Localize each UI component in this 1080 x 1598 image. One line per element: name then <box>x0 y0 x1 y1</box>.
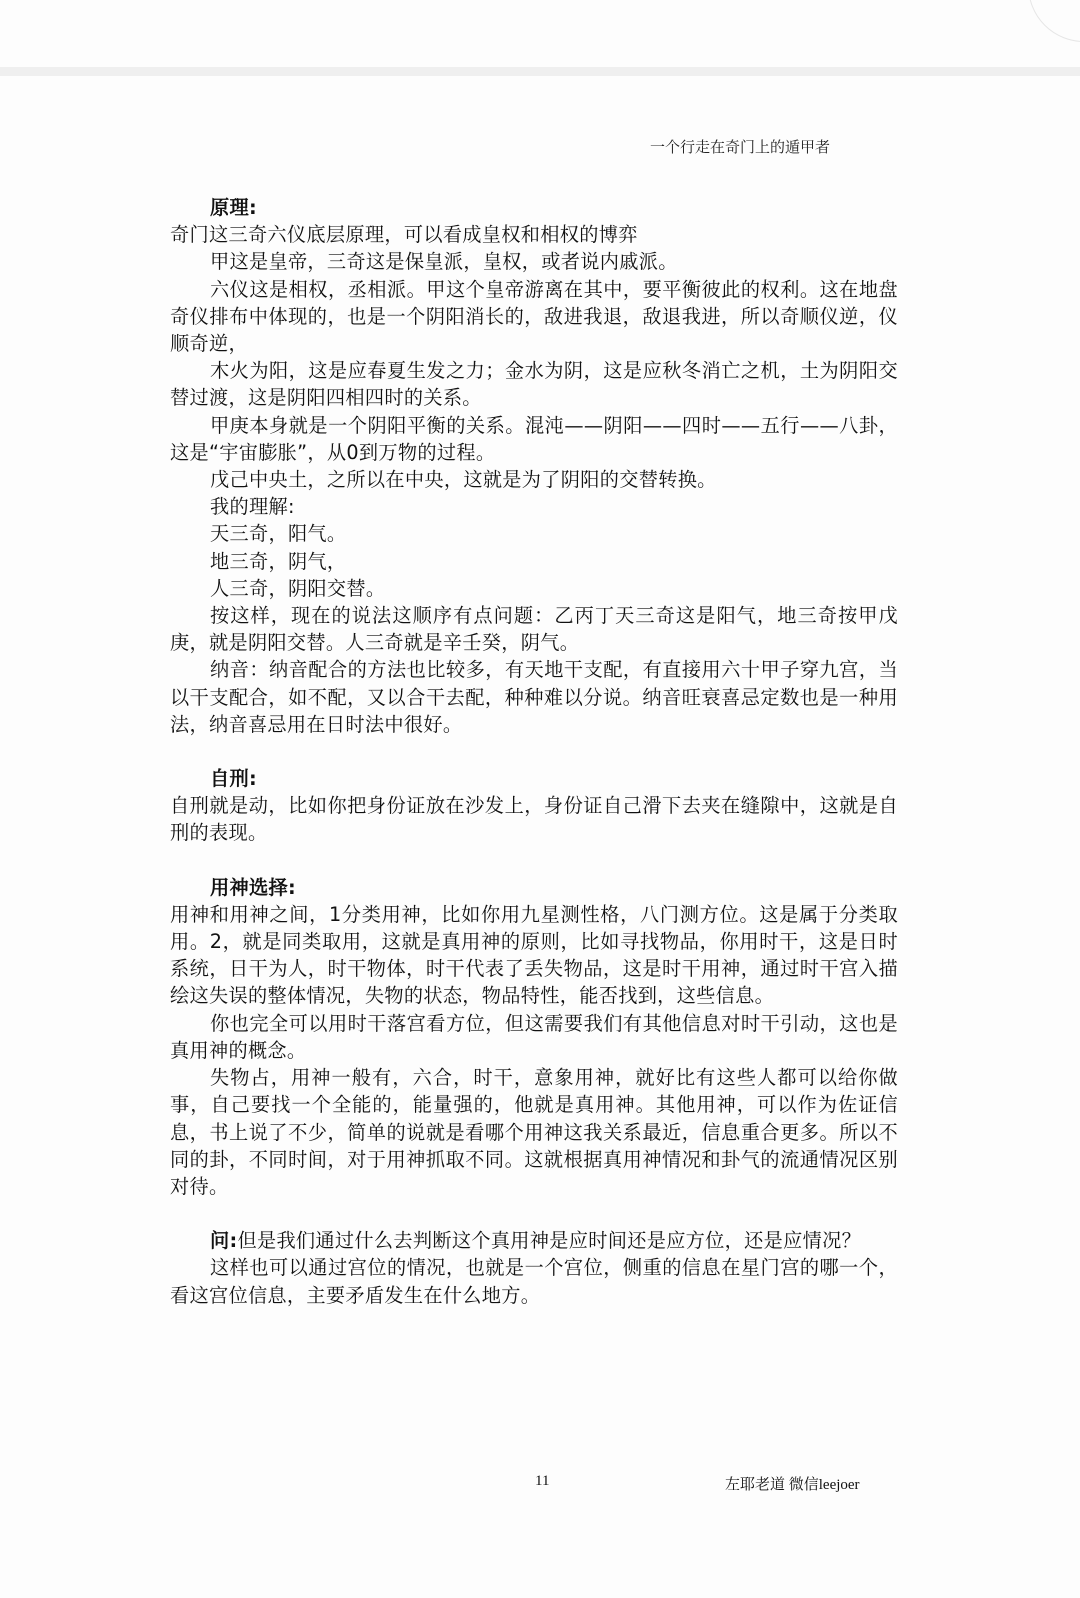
corner-arc-decoration <box>1028 0 1080 42</box>
paragraph: 奇门这三奇六仪底层原理，可以看成皇权和相权的博弈 <box>170 221 898 248</box>
section-heading-principle: 原理: <box>210 194 898 221</box>
paragraph: 人三奇，阴阳交替。 <box>170 575 898 602</box>
spacer <box>170 1200 898 1227</box>
document-page: 一个行走在奇门上的遁甲者 原理: 奇门这三奇六仪底层原理，可以看成皇权和相权的博… <box>0 76 1080 1598</box>
spacer <box>170 738 898 765</box>
paragraph: 天三奇，阳气。 <box>170 520 898 547</box>
paragraph: 失物占，用神一般有，六合，时干，意象用神，就好比有这些人都可以给你做事，自己要找… <box>170 1064 898 1200</box>
paragraph: 甲这是皇帝，三奇这是保皇派，皇权，或者说内戚派。 <box>170 248 898 275</box>
spacer <box>170 847 898 874</box>
page-number: 11 <box>535 1473 549 1490</box>
paragraph: 纳音：纳音配合的方法也比较多，有天地干支配，有直接用六十甲子穿九宫，当以干支配合… <box>170 656 898 738</box>
section-heading-self-punishment: 自刑: <box>210 765 898 792</box>
footer-credit: 左耶老道 微信leejoer <box>725 1473 860 1494</box>
answer-paragraph: 这样也可以通过宫位的情况，也就是一个宫位，侧重的信息在星门宫的哪一个，看这宫位信… <box>170 1254 898 1308</box>
paragraph: 六仪这是相权，丞相派。甲这个皇帝游离在其中，要平衡彼此的权利。这在地盘奇仪排布中… <box>170 276 898 358</box>
paragraph: 用神和用神之间，1分类用神，比如你用九星测性格，八门测方位。这是属于分类取用。2… <box>170 901 898 1010</box>
page-content: 原理: 奇门这三奇六仪底层原理，可以看成皇权和相权的博弈 甲这是皇帝，三奇这是保… <box>170 194 898 1309</box>
question-label: 问: <box>210 1229 237 1252</box>
paragraph: 甲庚本身就是一个阴阳平衡的关系。混沌——阴阳——四时——五行——八卦，这是“宇宙… <box>170 412 898 466</box>
paragraph: 我的理解: <box>170 493 898 520</box>
paragraph: 木火为阳，这是应春夏生发之力；金水为阴，这是应秋冬消亡之机，土为阴阳交替过渡，这… <box>170 357 898 411</box>
separator-strip <box>0 67 1080 76</box>
section-heading-useful-god-selection: 用神选择: <box>210 874 898 901</box>
question-text: 但是我们通过什么去判断这个真用神是应时间还是应方位，还是应情况？ <box>237 1229 861 1252</box>
paragraph: 戊己中央土，之所以在中央，这就是为了阴阳的交替转换。 <box>170 466 898 493</box>
paragraph: 你也完全可以用时干落宫看方位，但这需要我们有其他信息对时干引动，这也是真用神的概… <box>170 1010 898 1064</box>
question-paragraph: 问:但是我们通过什么去判断这个真用神是应时间还是应方位，还是应情况？ <box>170 1227 898 1254</box>
paragraph: 自刑就是动，比如你把身份证放在沙发上，身份证自己滑下去夹在缝隙中，这就是自刑的表… <box>170 792 898 846</box>
running-header: 一个行走在奇门上的遁甲者 <box>650 136 830 157</box>
paragraph: 地三奇，阴气， <box>170 548 898 575</box>
paragraph: 按这样，现在的说法这顺序有点问题：乙丙丁天三奇这是阳气，地三奇按甲戊庚，就是阴阳… <box>170 602 898 656</box>
top-band <box>0 0 1080 67</box>
